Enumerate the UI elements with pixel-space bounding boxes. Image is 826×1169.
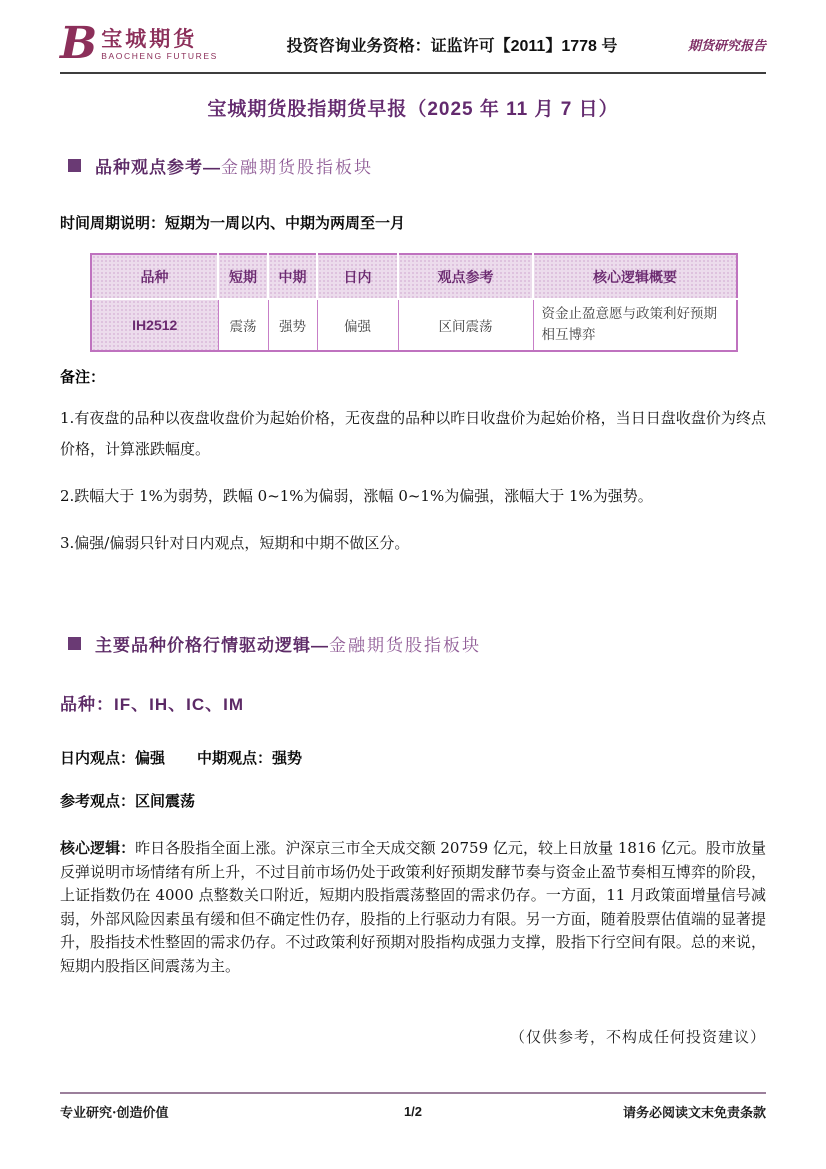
remarks-label: 备注： xyxy=(60,366,766,387)
table-row: IH2512 震荡 强势 偏强 区间震荡 资金止盈意愿与政策利好预期相互博弈 xyxy=(91,299,737,351)
medium-view-value: 强势 xyxy=(272,750,302,767)
col-header-short-term: 短期 xyxy=(218,254,268,299)
logo-b-icon: B xyxy=(60,22,97,66)
core-logic-text: 昨日各股指全面上涨。沪深京三市全天成交额 20759 亿元，较上日放量 1816… xyxy=(60,839,766,975)
opinion-table: 品种 短期 中期 日内 观点参考 核心逻辑概要 IH2512 震荡 强势 偏强 … xyxy=(90,253,738,352)
variety-list: 品种：IF、IH、IC、IM xyxy=(60,690,766,715)
medium-view-label: 中期观点： xyxy=(197,750,272,767)
section2-title-light: 金融期货股指板块 xyxy=(329,631,481,656)
cell-intraday: 偏强 xyxy=(317,299,398,351)
col-header-view-reference: 观点参考 xyxy=(398,254,533,299)
qualification-text: 投资咨询业务资格：证监许可【2011】1778 号 xyxy=(240,33,656,56)
section1-title-bold: 品种观点参考— xyxy=(95,153,221,178)
square-bullet-icon xyxy=(68,159,81,172)
logo-company-name-cn: 宝城期货 xyxy=(101,27,218,51)
section2-title-bold: 主要品种价格行情驱动逻辑— xyxy=(95,631,329,656)
reference-view-value: 区间震荡 xyxy=(135,793,195,810)
view-line: 日内观点：偏强中期观点：强势 xyxy=(60,747,766,768)
intraday-view-value: 偏强 xyxy=(135,750,165,767)
period-explanation: 时间周期说明：短期为一周以内、中期为两周至一月 xyxy=(60,212,766,233)
cell-short-term: 震荡 xyxy=(218,299,268,351)
square-bullet-icon xyxy=(68,637,81,650)
disclaimer-note: （仅供参考，不构成任何投资建议） xyxy=(60,1026,766,1047)
col-header-variety: 品种 xyxy=(91,254,218,299)
section1-title-light: 金融期货股指板块 xyxy=(221,153,373,178)
footer-page-number: 1/2 xyxy=(295,1104,530,1119)
footer-disclaimer-reminder: 请务必阅读文末免责条款 xyxy=(531,1102,766,1121)
reference-view-label: 参考观点： xyxy=(60,793,135,810)
logo-text: 宝城期货 BAOCHENG FUTURES xyxy=(101,27,218,62)
report-type-label: 期货研究报告 xyxy=(656,35,766,54)
remark-item-2: 2.跌幅大于 1%为弱势，跌幅 0~1%为偏弱，涨幅 0~1%为偏强，涨幅大于 … xyxy=(60,481,766,512)
col-header-medium-term: 中期 xyxy=(268,254,317,299)
report-page: B 宝城期货 BAOCHENG FUTURES 投资咨询业务资格：证监许可【20… xyxy=(0,0,826,1169)
section-heading-variety-views: 品种观点参考— 金融期货股指板块 xyxy=(68,153,766,178)
report-title: 宝城期货股指期货早报（2025 年 11 月 7 日） xyxy=(60,94,766,121)
col-header-intraday: 日内 xyxy=(317,254,398,299)
table-header-row: 品种 短期 中期 日内 观点参考 核心逻辑概要 xyxy=(91,254,737,299)
page-footer: 专业研究·创造价值 1/2 请务必阅读文末免责条款 xyxy=(60,1092,766,1121)
company-logo: B 宝城期货 BAOCHENG FUTURES xyxy=(60,22,240,66)
remark-item-1: 1.有夜盘的品种以夜盘收盘价为起始价格，无夜盘的品种以昨日收盘价为起始价格，当日… xyxy=(60,403,766,465)
col-header-core-logic: 核心逻辑概要 xyxy=(533,254,737,299)
cell-view-reference: 区间震荡 xyxy=(398,299,533,351)
section-heading-price-drivers: 主要品种价格行情驱动逻辑— 金融期货股指板块 xyxy=(68,631,766,656)
logo-company-name-en: BAOCHENG FUTURES xyxy=(101,51,218,62)
cell-variety: IH2512 xyxy=(91,299,218,351)
cell-medium-term: 强势 xyxy=(268,299,317,351)
core-logic-label: 核心逻辑： xyxy=(60,840,135,857)
footer-slogan: 专业研究·创造价值 xyxy=(60,1102,295,1121)
core-logic-paragraph: 核心逻辑：昨日各股指全面上涨。沪深京三市全天成交额 20759 亿元，较上日放量… xyxy=(60,837,766,978)
page-header: B 宝城期货 BAOCHENG FUTURES 投资咨询业务资格：证监许可【20… xyxy=(60,0,766,74)
remark-item-3: 3.偏强/偏弱只针对日内观点，短期和中期不做区分。 xyxy=(60,528,766,559)
cell-core-logic: 资金止盈意愿与政策利好预期相互博弈 xyxy=(533,299,737,351)
reference-view-line: 参考观点：区间震荡 xyxy=(60,790,766,811)
intraday-view-label: 日内观点： xyxy=(60,750,135,767)
